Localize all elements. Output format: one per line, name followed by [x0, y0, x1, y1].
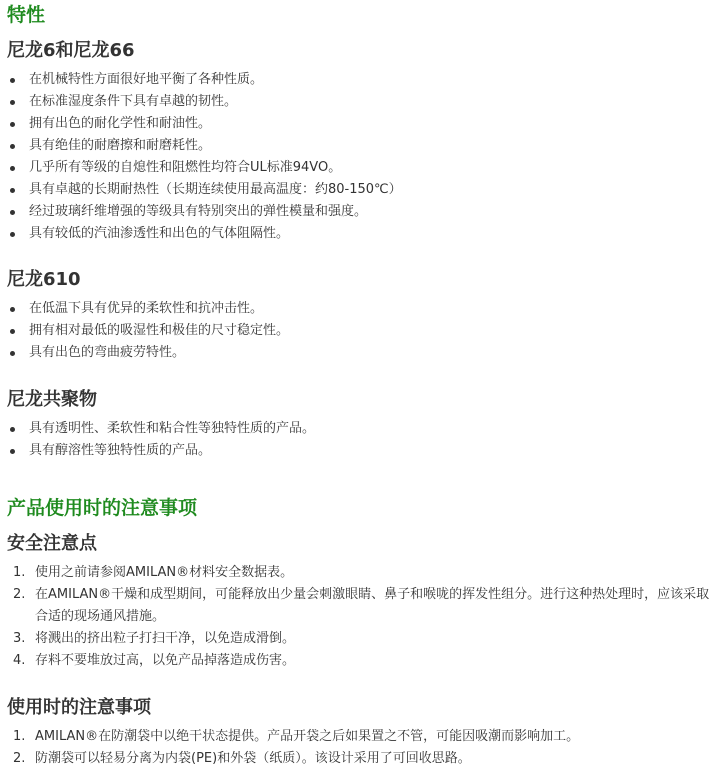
list-item: 3.将溅出的挤出粒子打扫干净，以免造成滑倒。 [7, 628, 722, 650]
list-item: 2.在AMILAN®干燥和成型期间，可能释放出少量会刺激眼睛、鼻子和喉咙的挥发性… [7, 584, 722, 628]
nylon6-66-heading: 尼龙6和尼龙66 [7, 37, 135, 65]
precautions-title: 产品使用时的注意事项 [7, 493, 197, 523]
list-item: 在低温下具有优异的柔软性和抗冲击性。 [7, 298, 722, 320]
list-item: 具有绝佳的耐磨擦和耐磨耗性。 [7, 135, 722, 157]
bullet-icon [10, 78, 15, 83]
safety-heading: 安全注意点 [7, 530, 97, 558]
bullet-icon [10, 210, 15, 215]
bullet-icon [10, 166, 15, 171]
list-item: 拥有相对最低的吸湿性和极佳的尺寸稳定性。 [7, 320, 722, 342]
bullet-icon [10, 188, 15, 193]
bullet-icon [10, 329, 15, 334]
list-item: 经过玻璃纤维增强的等级具有特别突出的弹性模量和强度。 [7, 201, 722, 223]
nylon610-heading: 尼龙610 [7, 266, 81, 294]
list-item: 具有卓越的长期耐热性（长期连续使用最高温度：约80-150℃） [7, 179, 722, 201]
list-item: 在标准湿度条件下具有卓越的韧性。 [7, 91, 722, 113]
bullet-icon [10, 351, 15, 356]
bullet-icon [10, 307, 15, 312]
nylon6-66-list: 在机械特性方面很好地平衡了各种性质。 在标准湿度条件下具有卓越的韧性。 拥有出色… [7, 69, 722, 245]
list-item: 具有醇溶性等独特性质的产品。 [7, 440, 722, 462]
list-item: 具有透明性、柔软性和粘合性等独特性质的产品。 [7, 418, 722, 440]
usage-list: 1.AMILAN®在防潮袋中以绝干状态提供。产品开袋之后如果置之不管，可能因吸潮… [7, 726, 722, 770]
list-item: 2.防潮袋可以轻易分离为内袋(PE)和外袋（纸质）。该设计采用了可回收思路。 [7, 748, 722, 770]
bullet-icon [10, 122, 15, 127]
safety-list: 1.使用之前请参阅AMILAN®材料安全数据表。 2.在AMILAN®干燥和成型… [7, 562, 722, 672]
list-item: 1.使用之前请参阅AMILAN®材料安全数据表。 [7, 562, 722, 584]
list-item: 几乎所有等级的自熄性和阻燃性均符合UL标准94VO。 [7, 157, 722, 179]
bullet-icon [10, 144, 15, 149]
bullet-icon [10, 100, 15, 105]
list-item: 1.AMILAN®在防潮袋中以绝干状态提供。产品开袋之后如果置之不管，可能因吸潮… [7, 726, 722, 748]
bullet-icon [10, 232, 15, 237]
nylon610-list: 在低温下具有优异的柔软性和抗冲击性。 拥有相对最低的吸湿性和极佳的尺寸稳定性。 … [7, 298, 722, 364]
list-item: 4.存料不要堆放过高，以免产品掉落造成伤害。 [7, 650, 722, 672]
list-item: 拥有出色的耐化学性和耐油性。 [7, 113, 722, 135]
nylon-copolymer-heading: 尼龙共聚物 [7, 386, 97, 414]
nylon-copolymer-list: 具有透明性、柔软性和粘合性等独特性质的产品。 具有醇溶性等独特性质的产品。 [7, 418, 722, 462]
properties-title: 特性 [7, 0, 45, 30]
list-item: 具有出色的弯曲疲劳特性。 [7, 342, 722, 364]
usage-heading: 使用时的注意事项 [7, 694, 151, 722]
bullet-icon [10, 449, 15, 454]
list-item: 在机械特性方面很好地平衡了各种性质。 [7, 69, 722, 91]
list-item: 具有较低的汽油渗透性和出色的气体阻隔性。 [7, 223, 722, 245]
bullet-icon [10, 427, 15, 432]
